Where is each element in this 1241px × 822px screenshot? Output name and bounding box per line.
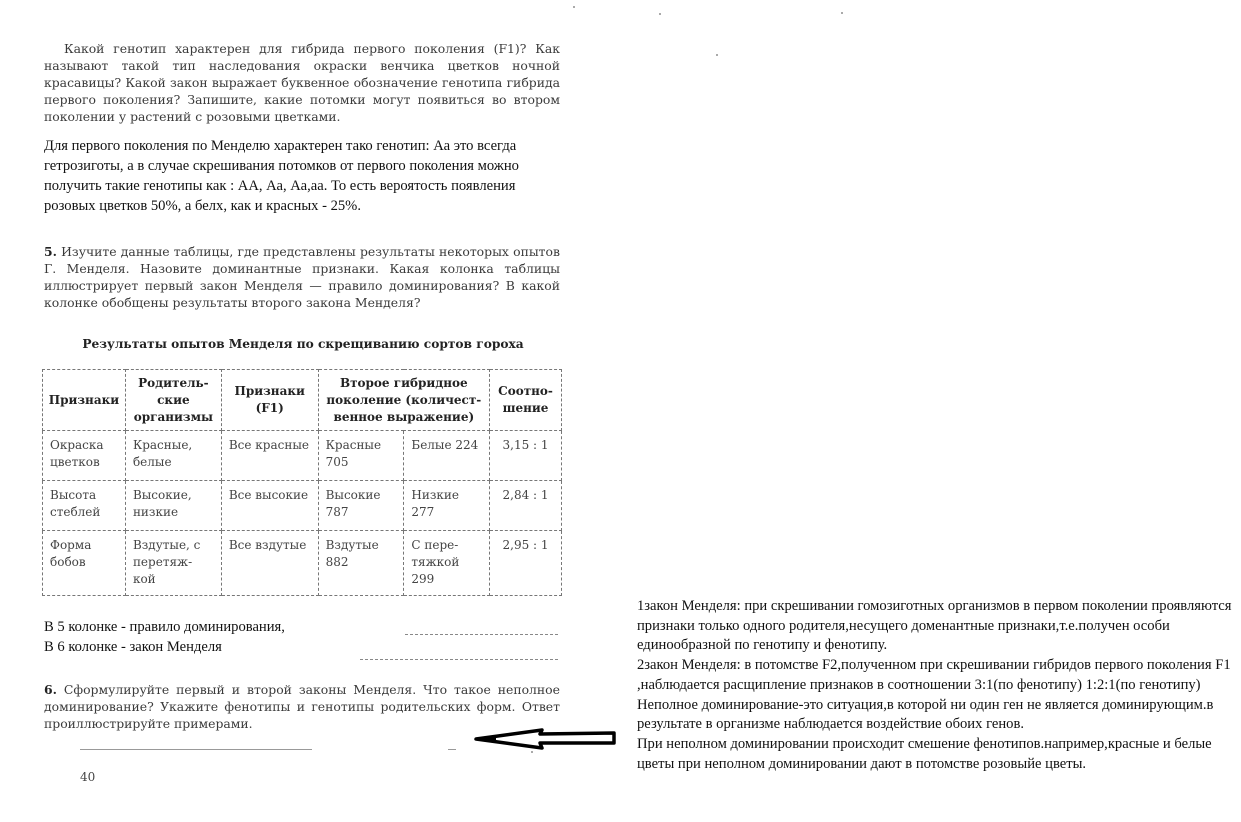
scan-speck xyxy=(573,6,575,8)
cell-f2-recessive: Низкие 277 xyxy=(404,481,490,531)
header-traits: Признаки xyxy=(43,370,126,431)
table-row: Высота стеблей Высокие, низкие Все высок… xyxy=(43,481,562,531)
scan-speck xyxy=(841,12,843,14)
cell-f2-recessive: Белые 224 xyxy=(404,431,490,481)
cell-trait: Окраска цветков xyxy=(43,431,126,481)
cell-ratio: 2,84 : 1 xyxy=(490,481,562,531)
cell-f2-recessive: С пере-тяжкой 299 xyxy=(404,531,490,596)
table-title: Результаты опытов Менделя по скрещиванию… xyxy=(44,337,562,351)
answer-6-paragraph: Неполное доминирование-это ситуация,в ко… xyxy=(637,696,1237,735)
answer-blank-line xyxy=(448,749,456,750)
cell-f2-dominant: Красные 705 xyxy=(318,431,404,481)
answer-4-text: Для первого поколения по Менделю характе… xyxy=(44,136,544,216)
cell-trait: Форма бобов xyxy=(43,531,126,596)
page-number: 40 xyxy=(80,770,95,784)
header-parents: Родитель-ские организмы xyxy=(125,370,221,431)
question-6: 6. Сформулируйте первый и второй законы … xyxy=(44,681,560,732)
cell-f1: Все красные xyxy=(221,431,318,481)
left-arrow-icon xyxy=(474,728,616,750)
cell-parents: Красные, белые xyxy=(125,431,221,481)
cell-f2-dominant: Вздутые 882 xyxy=(318,531,404,596)
question-6-number: 6. xyxy=(44,682,57,697)
question-5-text: Изучите данные таблицы, где представлены… xyxy=(44,244,560,310)
answer-5: В 5 колонке - правило доминирования, В 6… xyxy=(44,617,285,657)
table-row: Окраска цветков Красные, белые Все красн… xyxy=(43,431,562,481)
answer-5-line: В 6 колонке - закон Менделя xyxy=(44,637,285,657)
cell-f1: Все высокие xyxy=(221,481,318,531)
answer-6: 1закон Менделя: при скрешивании гомозиго… xyxy=(637,597,1237,774)
question-5: 5. Изучите данные таблицы, где представл… xyxy=(44,243,560,311)
question-6-text: Сформулируйте первый и второй законы Мен… xyxy=(44,682,560,731)
question-4-text: Какой генотип характерен для гибрида пер… xyxy=(44,40,560,125)
mendel-results-table: Признаки Родитель-ские организмы Признак… xyxy=(42,369,562,596)
cell-f1: Все вздутые xyxy=(221,531,318,596)
cell-f2-dominant: Высокие 787 xyxy=(318,481,404,531)
cell-parents: Высокие, низкие xyxy=(125,481,221,531)
answer-blank-line xyxy=(405,634,558,635)
answer-blank-line xyxy=(360,659,558,660)
header-f2: Второе гибридное поколение (количест-вен… xyxy=(318,370,489,431)
answer-6-paragraph: При неполном доминировании происходит см… xyxy=(637,735,1237,774)
scan-speck xyxy=(659,13,661,15)
answer-blank-line xyxy=(80,749,312,750)
scan-speck xyxy=(716,54,718,56)
table-row: Форма бобов Вздутые, с перетяж-кой Все в… xyxy=(43,531,562,596)
answer-6-paragraph: 2закон Менделя: в потомстве F2,полученно… xyxy=(637,656,1237,695)
answer-5-line: В 5 колонке - правило доминирования, xyxy=(44,617,285,637)
table-header-row: Признаки Родитель-ские организмы Признак… xyxy=(43,370,562,431)
question-5-number: 5. xyxy=(44,244,57,259)
cell-parents: Вздутые, с перетяж-кой xyxy=(125,531,221,596)
answer-6-paragraph: 1закон Менделя: при скрешивании гомозиго… xyxy=(637,597,1237,656)
cell-ratio: 3,15 : 1 xyxy=(490,431,562,481)
header-f1: Признаки (F1) xyxy=(221,370,318,431)
cell-ratio: 2,95 : 1 xyxy=(490,531,562,596)
scan-speck xyxy=(531,751,533,753)
cell-trait: Высота стеблей xyxy=(43,481,126,531)
header-ratio: Соотно-шение xyxy=(490,370,562,431)
